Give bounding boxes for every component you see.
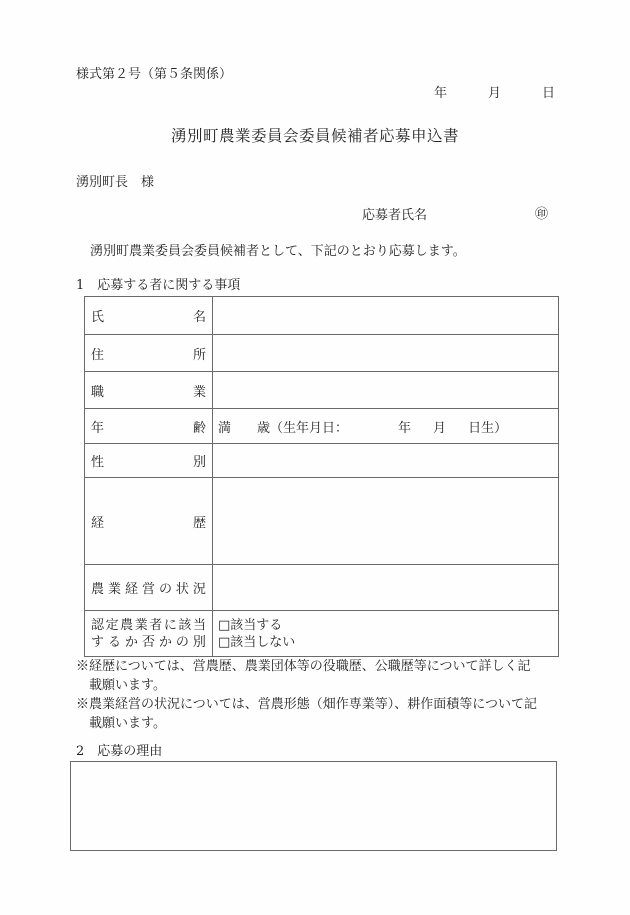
option-not-applicable-checkbox[interactable]: □該当しない: [218, 634, 552, 651]
occupation-field[interactable]: [213, 372, 559, 409]
label-char: 業: [108, 578, 121, 597]
label-char: 者: [149, 617, 162, 634]
label-char: か: [159, 634, 172, 651]
label-char: 別: [193, 451, 206, 470]
label-gender: 性別: [85, 444, 213, 478]
label-char: の: [159, 578, 172, 597]
label-char: 年: [91, 417, 104, 436]
label-char: す: [91, 634, 104, 651]
label-char: 所: [193, 344, 206, 363]
birth-month-label: 月: [433, 421, 446, 436]
label-char: 否: [142, 634, 155, 651]
label-char: か: [125, 634, 138, 651]
reason-field[interactable]: [70, 761, 557, 851]
label-char: 齢: [193, 417, 206, 436]
label-age: 年齢: [85, 409, 213, 444]
option-applicable-checkbox[interactable]: □該当する: [218, 617, 552, 634]
table-row-certified-farmer: 認 定 農 業 者 に 該 当 す る か 否 か の 別 □該当する □該当し…: [85, 611, 559, 657]
label-occupation: 職業: [85, 372, 213, 409]
label-char: 業: [135, 617, 148, 634]
label-char: 農: [91, 578, 104, 597]
table-row-address: 住所: [85, 335, 559, 372]
birth-day-label: 日生）: [468, 421, 507, 436]
age-prefix: 満: [218, 421, 231, 436]
label-char: 認: [91, 617, 104, 634]
label-char: に: [164, 617, 177, 634]
table-row-name: 氏名: [85, 297, 559, 335]
label-char: る: [108, 634, 121, 651]
seal-icon: ㊞: [535, 208, 548, 221]
label-address: 住所: [85, 335, 213, 372]
label-char: 氏: [91, 306, 104, 325]
label-char: 状: [176, 578, 189, 597]
note-career-line1: ※経歴については、営農歴、農業団体等の役職歴、公職歴等について詳しく記: [76, 657, 530, 676]
address-field[interactable]: [213, 335, 559, 372]
label-name: 氏名: [85, 297, 213, 335]
addressee: 湧別町長 様: [76, 176, 154, 189]
intro-text: 湧別町農業委員会委員候補者として、下記のとおり応募します。: [90, 245, 466, 258]
document-title: 湧別町農業委員会委員候補者応募申込書: [0, 129, 630, 145]
section2-heading: 2 応募の理由: [76, 745, 162, 758]
date-year-label: 年: [434, 87, 447, 100]
label-char: 職: [91, 381, 104, 400]
note-career: ※経歴については、営農歴、農業団体等の役職歴、公職歴等について詳しく記 載願いま…: [76, 657, 530, 695]
name-field[interactable]: [213, 297, 559, 335]
label-char: 業: [193, 381, 206, 400]
label-char: 該: [178, 617, 191, 634]
birth-year-label: 年: [398, 421, 411, 436]
label-char: 住: [91, 344, 104, 363]
label-career: 経歴: [85, 478, 213, 565]
note-career-line2: 載願います。: [76, 676, 530, 695]
table-row-farm-status: 農 業 経 営 の 状 況: [85, 565, 559, 611]
applicant-name-label: 応募者氏名: [362, 209, 427, 222]
label-char: 性: [91, 451, 104, 470]
label-char: 況: [193, 578, 206, 597]
label-char: 営: [142, 578, 155, 597]
label-char: 別: [193, 634, 206, 651]
label-char: 名: [193, 306, 206, 325]
note-farm-status: ※農業経営の状況については、営農形態（畑作専業等）、耕作面積等について記 載願い…: [76, 695, 537, 733]
label-char: 経: [125, 578, 138, 597]
note-farm-status-line1: ※農業経営の状況については、営農形態（畑作専業等）、耕作面積等について記: [76, 695, 537, 714]
label-char: 農: [120, 617, 133, 634]
age-field[interactable]: 満歳（生年月日：年月日生）: [213, 409, 559, 444]
table-row-occupation: 職業: [85, 372, 559, 409]
date-day-label: 日: [542, 87, 555, 100]
table-row-age: 年齢 満歳（生年月日：年月日生）: [85, 409, 559, 444]
birthdate-label: 歳（生年月日：: [257, 421, 348, 436]
table-row-career: 経歴: [85, 478, 559, 565]
note-farm-status-line2: 載願います。: [76, 714, 537, 733]
certified-farmer-options: □該当する □該当しない: [213, 611, 559, 657]
section1-heading: 1 応募する者に関する事項: [76, 279, 240, 292]
label-char: の: [176, 634, 189, 651]
date-month-label: 月: [488, 87, 501, 100]
label-char: 当: [193, 617, 206, 634]
label-char: 歴: [193, 512, 206, 531]
farm-status-field[interactable]: [213, 565, 559, 611]
label-farm-status: 農 業 経 営 の 状 況: [85, 565, 213, 611]
label-certified-farmer: 認 定 農 業 者 に 該 当 す る か 否 か の 別: [85, 611, 213, 657]
table-row-gender: 性別: [85, 444, 559, 478]
label-char: 経: [91, 512, 104, 531]
form-number: 様式第２号（第５条関係）: [76, 68, 232, 81]
career-field[interactable]: [213, 478, 559, 565]
label-char: 定: [106, 617, 119, 634]
applicant-info-table: 氏名 住所 職業 年齢 満歳（生年月日：年月日生） 性別 経歴: [84, 296, 559, 657]
gender-field[interactable]: [213, 444, 559, 478]
